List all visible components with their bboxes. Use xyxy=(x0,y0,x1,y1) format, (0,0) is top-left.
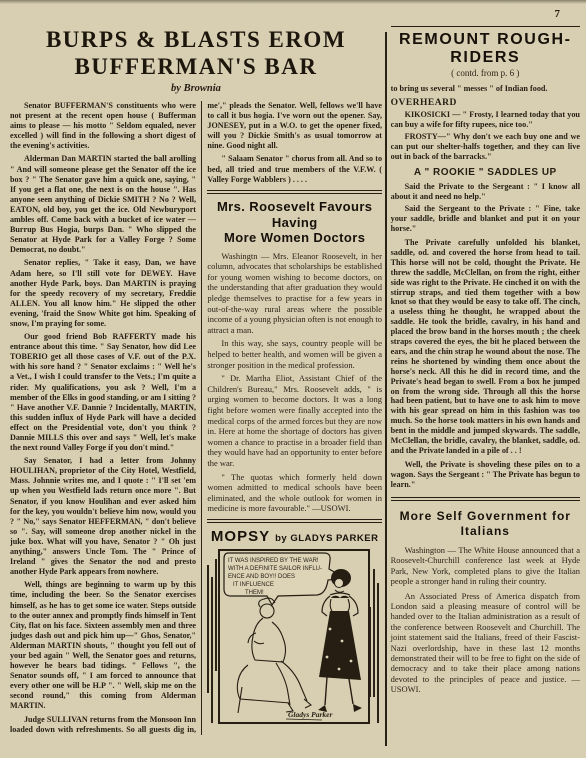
paragraph: Well, things are beginning to warm up by… xyxy=(10,580,196,711)
section-divider xyxy=(207,519,382,523)
remount-article: REMOUNT ROUGH-RIDERS ( contd. from p. 6 … xyxy=(391,26,580,490)
speed-line xyxy=(207,565,209,693)
scan-edge xyxy=(0,0,586,4)
mopsy-cartoon-section: MOPSY by GLADYS PARKER xyxy=(207,528,382,729)
speed-line xyxy=(211,577,213,723)
newspaper-page: 7 BURPS & BLASTS EROM BUFFERMAN'S BAR by… xyxy=(0,0,586,758)
bubble-line: ENCE AND BOY!! DOES xyxy=(228,574,295,580)
paragraph: An Associated Press of America dispatch … xyxy=(391,591,580,695)
roosevelt-title-line1: Mrs. Roosevelt Favours Having xyxy=(207,199,382,230)
main-column-rule xyxy=(385,32,387,746)
remount-continued-note: ( contd. from p. 6 ) xyxy=(391,68,580,78)
paragraph: In this way, she says, country people wi… xyxy=(207,338,382,370)
paragraph: FROSTY—" Why don't we each buy one and w… xyxy=(391,132,580,162)
cartoon-byline: by GLADYS PARKER xyxy=(275,533,378,544)
article-title-line2: BUFFERMAN'S BAR xyxy=(10,53,382,80)
paragraph: The Private carefully unfolded his blank… xyxy=(391,238,580,456)
bufferman-article: BURPS & BLASTS EROM BUFFERMAN'S BAR by B… xyxy=(10,26,382,746)
article-byline: by Brownia xyxy=(10,83,382,94)
paragraph: Alderman Dan MARTIN started the ball aro… xyxy=(10,154,196,255)
right-column: REMOUNT ROUGH-RIDERS ( contd. from p. 6 … xyxy=(391,26,580,746)
paragraph: " Salaam Senator " chorus from all. And … xyxy=(207,154,382,184)
paragraph: " Dr. Martha Eliot, Assistant Chief of t… xyxy=(207,373,382,468)
speed-line xyxy=(373,569,375,697)
cartoon-panel: IT WAS INSPIRED BY THE WAR! WITH A DEFIN… xyxy=(218,549,370,724)
cartoon-title: MOPSY xyxy=(211,528,270,545)
column-2: me'," pleads the Senator. Well, fellows … xyxy=(207,101,382,735)
remount-title: REMOUNT ROUGH-RIDERS xyxy=(391,31,580,67)
roosevelt-article: Mrs. Roosevelt Favours Having More Women… xyxy=(207,199,382,514)
cartoon-row: IT WAS INSPIRED BY THE WAR! WITH A DEFIN… xyxy=(207,547,382,729)
paragraph: me'," pleads the Senator. Well, fellows … xyxy=(207,101,382,151)
article-title-line1: BURPS & BLASTS EROM xyxy=(10,26,382,53)
paragraph: " The quotas which formerly held down wo… xyxy=(207,472,382,514)
section-divider xyxy=(391,497,580,501)
paragraph: Well, the Private is shoveling these pil… xyxy=(391,460,580,490)
paragraph: Judge SULLIVAN returns from the Monsoon … xyxy=(10,715,196,735)
speed-line xyxy=(377,583,379,723)
seated-woman xyxy=(238,598,312,713)
paragraph: KIKOSICKI — " Frosty, I learned today th… xyxy=(391,110,580,130)
paragraph: Senator BUFFERMAN'S constituents who wer… xyxy=(10,101,196,151)
column-1: Senator BUFFERMAN'S constituents who wer… xyxy=(10,101,196,735)
paragraph: Senator replies, " Take it easy, Dan, we… xyxy=(10,258,196,329)
paragraph: Say Senator, I had a letter from Johnny … xyxy=(10,456,196,577)
italians-title-line1: More Self Government for xyxy=(391,509,580,524)
cartoon-signature: Gladys Parker xyxy=(288,710,332,719)
bubble-line: IT INFLUENCE xyxy=(233,582,274,588)
section-divider xyxy=(207,190,382,194)
paragraph: Our good friend Bob RAFFERTY made his en… xyxy=(10,332,196,453)
italians-title-line2: Italians xyxy=(391,524,580,539)
cartoon-header: MOPSY by GLADYS PARKER xyxy=(207,528,382,545)
page-columns: BURPS & BLASTS EROM BUFFERMAN'S BAR by B… xyxy=(0,0,586,746)
italians-article: More Self Government for Italians Washin… xyxy=(391,509,580,695)
column-rule xyxy=(201,101,202,735)
paragraph: to bring us several " messes " of Indian… xyxy=(391,84,580,94)
paragraph: Said the Sergeant to the Private : " Fin… xyxy=(391,204,580,234)
overheard-heading: OVERHEARD xyxy=(391,98,580,108)
bubble-line: THEM! xyxy=(245,590,264,596)
article-body: Senator BUFFERMAN'S constituents who wer… xyxy=(10,101,382,735)
roosevelt-title-line2: More Women Doctors xyxy=(207,230,382,246)
bubble-line: IT WAS INSPIRED BY THE WAR! xyxy=(228,558,319,564)
paragraph: Washingtn — Mrs. Eleanor Roosevelt, in h… xyxy=(207,251,382,336)
top-rule xyxy=(391,26,580,27)
paragraph: Washington — The White House announced t… xyxy=(391,545,580,587)
paragraph: Said the Private to the Sergeant : " I k… xyxy=(391,182,580,202)
page-number: 7 xyxy=(555,8,561,20)
bubble-line: WITH A DEFINITE SAILOR INFLU- xyxy=(228,566,322,572)
rookie-heading: A " ROOKIE " SADDLES UP xyxy=(391,167,580,178)
speed-line xyxy=(215,559,217,671)
